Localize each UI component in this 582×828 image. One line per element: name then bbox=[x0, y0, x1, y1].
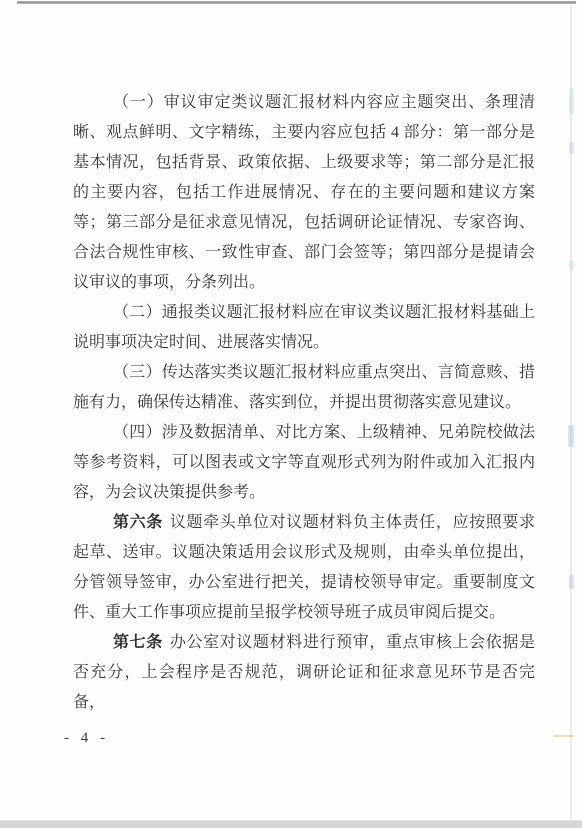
paragraph: （四）涉及数据清单、对比方案、上级精神、兄弟院校做法等参考资料，可以图表或文字等… bbox=[73, 418, 535, 508]
paragraph-text: （三）传达落实类议题汇报材料应重点突出、言简意赅、措施有力，确保传达精准、落实到… bbox=[73, 364, 535, 411]
scan-right-gutter bbox=[572, 4, 582, 820]
scan-artifact bbox=[569, 260, 574, 270]
article-number: 第七条 bbox=[113, 634, 163, 651]
paper-right-edge bbox=[570, 5, 572, 820]
scan-artifact bbox=[569, 142, 574, 154]
paragraph: （二）通报类议题汇报材料应在审议类议题汇报材料基础上说明事项决定时间、进展落实情… bbox=[73, 298, 535, 358]
scanned-document-page: （一）审议审定类议题汇报材料内容应主题突出、条理清晰、观点鲜明、文字精练，主要内… bbox=[0, 0, 582, 828]
paragraph-article-6: 第六条议题牵头单位对议题材料负主体责任，应按照要求起草、送审。议题决策适用会议形… bbox=[73, 508, 535, 628]
paragraph-text: （四）涉及数据清单、对比方案、上级精神、兄弟院校做法等参考资料，可以图表或文字等… bbox=[73, 424, 535, 501]
paragraph-text: （一）审议审定类议题汇报材料内容应主题突出、条理清晰、观点鲜明、文字精练，主要内… bbox=[73, 94, 535, 291]
paragraph-text: （二）通报类议题汇报材料应在审议类议题汇报材料基础上说明事项决定时间、进展落实情… bbox=[73, 304, 535, 351]
document-text-block: （一）审议审定类议题汇报材料内容应主题突出、条理清晰、观点鲜明、文字精练，主要内… bbox=[73, 88, 535, 718]
scan-artifact bbox=[569, 88, 574, 114]
scanner-top-edge-line bbox=[17, 1, 576, 4]
paragraph: （一）审议审定类议题汇报材料内容应主题突出、条理清晰、观点鲜明、文字精练，主要内… bbox=[73, 88, 535, 298]
scan-artifact bbox=[553, 735, 574, 737]
scan-artifact bbox=[569, 575, 574, 589]
scanner-bottom-edge bbox=[0, 820, 582, 828]
page-number: - 4 - bbox=[64, 730, 109, 747]
article-number: 第六条 bbox=[113, 514, 163, 531]
paragraph-article-7: 第七条办公室对议题材料进行预审，重点审核上会依据是否充分，上会程序是否规范，调研… bbox=[73, 628, 535, 718]
paragraph: （三）传达落实类议题汇报材料应重点突出、言简意赅、措施有力，确保传达精准、落实到… bbox=[73, 358, 535, 418]
scan-artifact bbox=[568, 425, 574, 447]
